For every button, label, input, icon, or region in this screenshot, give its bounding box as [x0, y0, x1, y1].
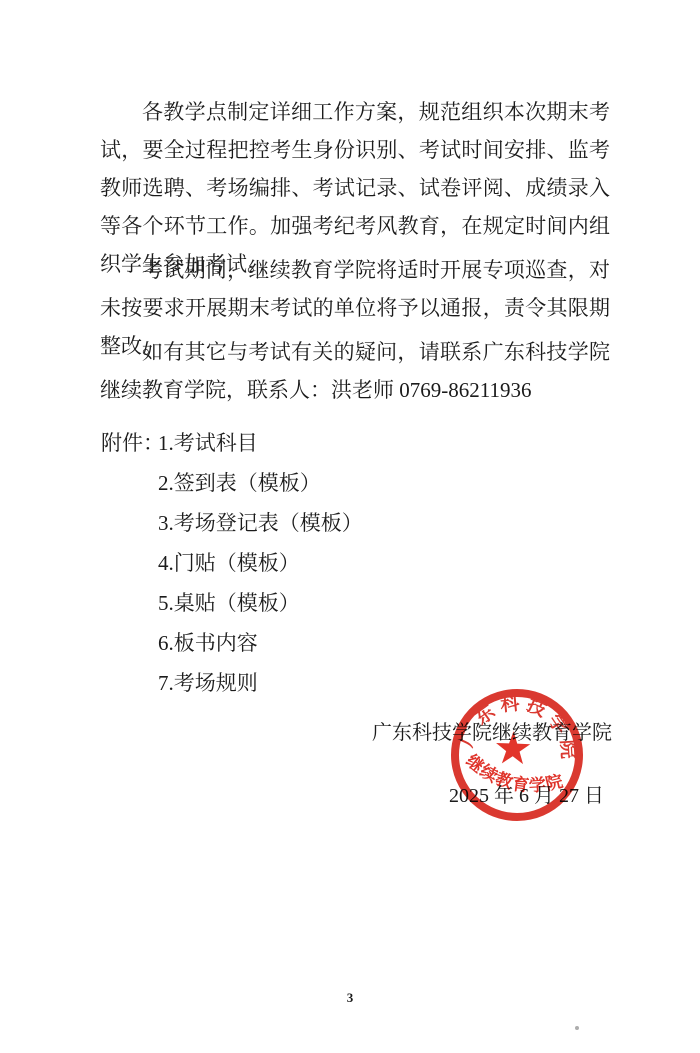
paragraph-contact: 如有其它与考试有关的疑问，请联系广东科技学院继续教育学院，联系人：洪老师 076…	[100, 333, 610, 409]
attachment-item: 3.考场登记表（模板）	[158, 503, 363, 543]
official-seal-stamp: 广东科技学院 继续教育学院	[417, 655, 617, 855]
attachments-label: 附件：	[101, 423, 164, 463]
attachment-item: 7.考场规则	[158, 663, 258, 703]
seal-star-icon	[495, 731, 530, 765]
attachment-item: 1.考试科目	[158, 423, 258, 463]
scan-artifact-dot	[575, 1026, 579, 1030]
attachment-item: 6.板书内容	[158, 623, 258, 663]
document-page: 各教学点制定详细工作方案，规范组织本次期末考试，要全过程把控考生身份识别、考试时…	[0, 0, 700, 1053]
attachment-item: 4.门贴（模板）	[158, 543, 300, 583]
attachment-item: 2.签到表（模板）	[158, 463, 321, 503]
attachment-item: 5.桌贴（模板）	[158, 583, 300, 623]
page-number: 3	[0, 990, 700, 1006]
